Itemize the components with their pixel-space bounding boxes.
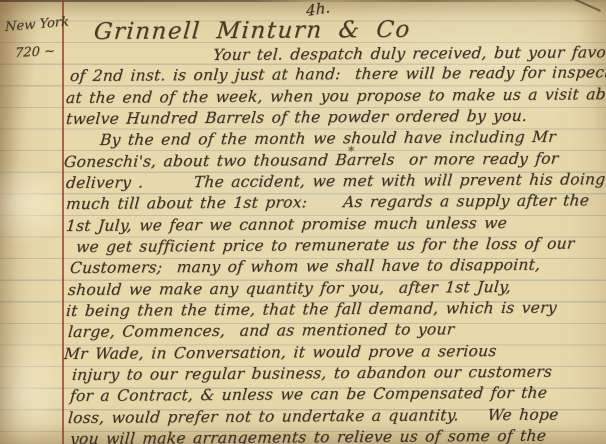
letter-line: of 2nd inst. is only just at hand: there… <box>69 62 606 86</box>
letter-line: for a Contract, & unless we can be Compe… <box>69 383 548 406</box>
letter-line: Goneschi's, about two thousand Barrels o… <box>63 149 559 172</box>
letterbook-page: 4h. New York 720 ~ Grinnell Minturn & Co… <box>0 0 606 444</box>
letter-line: injury to our regular business, to aband… <box>71 362 553 385</box>
letter-line: at the end of the week, when you propose… <box>65 84 606 108</box>
addressee-line: Grinnell Minturn & Co <box>93 17 412 45</box>
red-margin-rule <box>62 0 64 444</box>
letter-line: twelve Hundred Barrels of the powder ord… <box>65 106 528 129</box>
margin-dateline-place: New York <box>5 14 69 34</box>
letter-line: delivery . The accident, we met with wil… <box>65 169 606 193</box>
insertion-asterisk: * <box>347 144 354 158</box>
letter-line: Mr Wade, in Conversation, it would prove… <box>63 341 497 364</box>
letter-line: should we make any quantity for you, aft… <box>67 277 512 300</box>
letter-line: you will make arrangements to relieve us… <box>69 426 547 444</box>
margin-page-number: 720 ~ <box>15 44 55 61</box>
letter-line: it being then the time, that the fall de… <box>65 298 557 321</box>
letter-line: By the end of the month we should have i… <box>99 127 557 150</box>
letter-line: Customers; many of whom we shall have to… <box>69 255 541 278</box>
letter-line: Your tel. despatch duly received, but yo… <box>212 42 606 65</box>
page-top-edge <box>0 0 606 2</box>
letter-line: large, Commences, and as mentioned to yo… <box>67 319 455 342</box>
letter-line: loss, would prefer not to undertake a qu… <box>67 405 559 428</box>
letter-line: we get sufficient price to remunerate us… <box>75 234 575 257</box>
letter-line: much till about the 1st prox: As regards… <box>65 190 590 214</box>
letter-line: 1st July, we fear we cannot promise much… <box>65 213 508 236</box>
